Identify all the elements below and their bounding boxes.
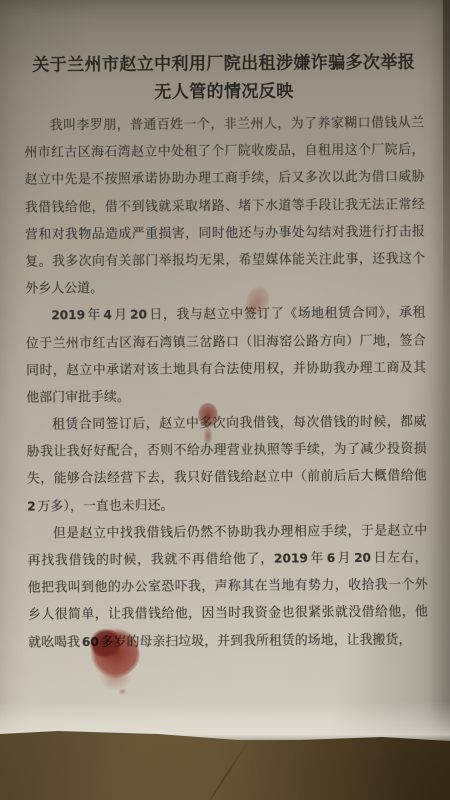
text-line: 2019 年 4 月 20 日，我与赵立中签订了《场地租赁合同》，承租: [26, 300, 426, 330]
title-line: 无人管的情况反映: [24, 76, 424, 107]
document-title: 关于兰州市赵立中利用厂院出租涉嫌诈骗多次举报无人管的情况反映: [24, 48, 424, 107]
text-line: 失，能够合法经营下去，我只好借钱给赵立中（前前后后大概借给他: [27, 463, 427, 493]
text-line: 2 万多），一直也未归还。: [27, 490, 427, 520]
text-line: 再找我借钱的时候，我就不再借给他了，2019 年 6 月 20 日左右，: [28, 544, 428, 574]
text-line: 赵立中先是不按照承诺协助办理工商手续，后又多次以此为借口威胁: [25, 164, 425, 194]
text-line: 州市红古区海石湾赵立中处租了个厂院收废品，自租用这个厂院后，: [24, 137, 424, 167]
document-paper-sheet: 关于兰州市赵立中利用厂院出租涉嫌诈骗多次举报无人管的情况反映 我叫李罗朋，普通百…: [0, 0, 450, 742]
text-line: 同时，赵立中承诺对该土地具有合法使用权，并协助我办理工商及其: [26, 354, 426, 384]
text-line: 我叫李罗朋，普通百姓一个，非兰州人，为了养家糊口借钱从兰: [24, 109, 424, 139]
document-body: 关于兰州市赵立中利用厂院出租涉嫌诈骗多次举报无人管的情况反映 我叫李罗朋，普通百…: [24, 48, 429, 656]
text-line: 就吆喝我 60 多岁的母亲扫垃圾，并到我所租赁的场地，让我搬货，: [28, 626, 428, 656]
paper-right-shadow: [443, 0, 450, 330]
text-line: 租赁合同签订后，赵立中多次向我借钱，每次借钱的时候，都威: [26, 408, 426, 438]
document-paragraphs: 我叫李罗朋，普通百姓一个，非兰州人，为了养家糊口借钱从兰州市红古区海石湾赵立中处…: [24, 109, 428, 656]
text-line: 但是赵立中找我借钱后仍然不协助我办理相应手续，于是赵立中: [27, 517, 427, 547]
red-ink-speck: [118, 688, 127, 695]
text-line: 乡人很简单，让我借钱给他，因当时我资金也很紧张就没借给他，他: [28, 599, 428, 629]
text-line: 复。我多次向有关部门举报均无果，希望媒体能关注此事，还我这个: [25, 245, 425, 275]
text-line: 他把我叫到他的办公室恐吓我，声称其在当地有势力，收拾我一个外: [28, 572, 428, 602]
text-line: 营和对我物品造成严重损害，同时他还与办事处勾结对我进行打击报: [25, 218, 425, 248]
text-line: 我借钱给他，借不到钱就采取堵路、堵下水道等手段让我无法正常经: [25, 191, 425, 221]
text-line: 外乡人公道。: [25, 273, 425, 303]
text-line: 他部门审批手续。: [26, 381, 426, 411]
text-line: 位于兰州市红古区海石湾镇三岔路口（旧海窑公路方向）厂地，签合: [26, 327, 426, 357]
title-line: 关于兰州市赵立中利用厂院出租涉嫌诈骗多次举报: [24, 48, 424, 79]
text-line: 胁我让我好好配合，否则不给办理营业执照等手续，为了减少投资损: [27, 436, 427, 466]
